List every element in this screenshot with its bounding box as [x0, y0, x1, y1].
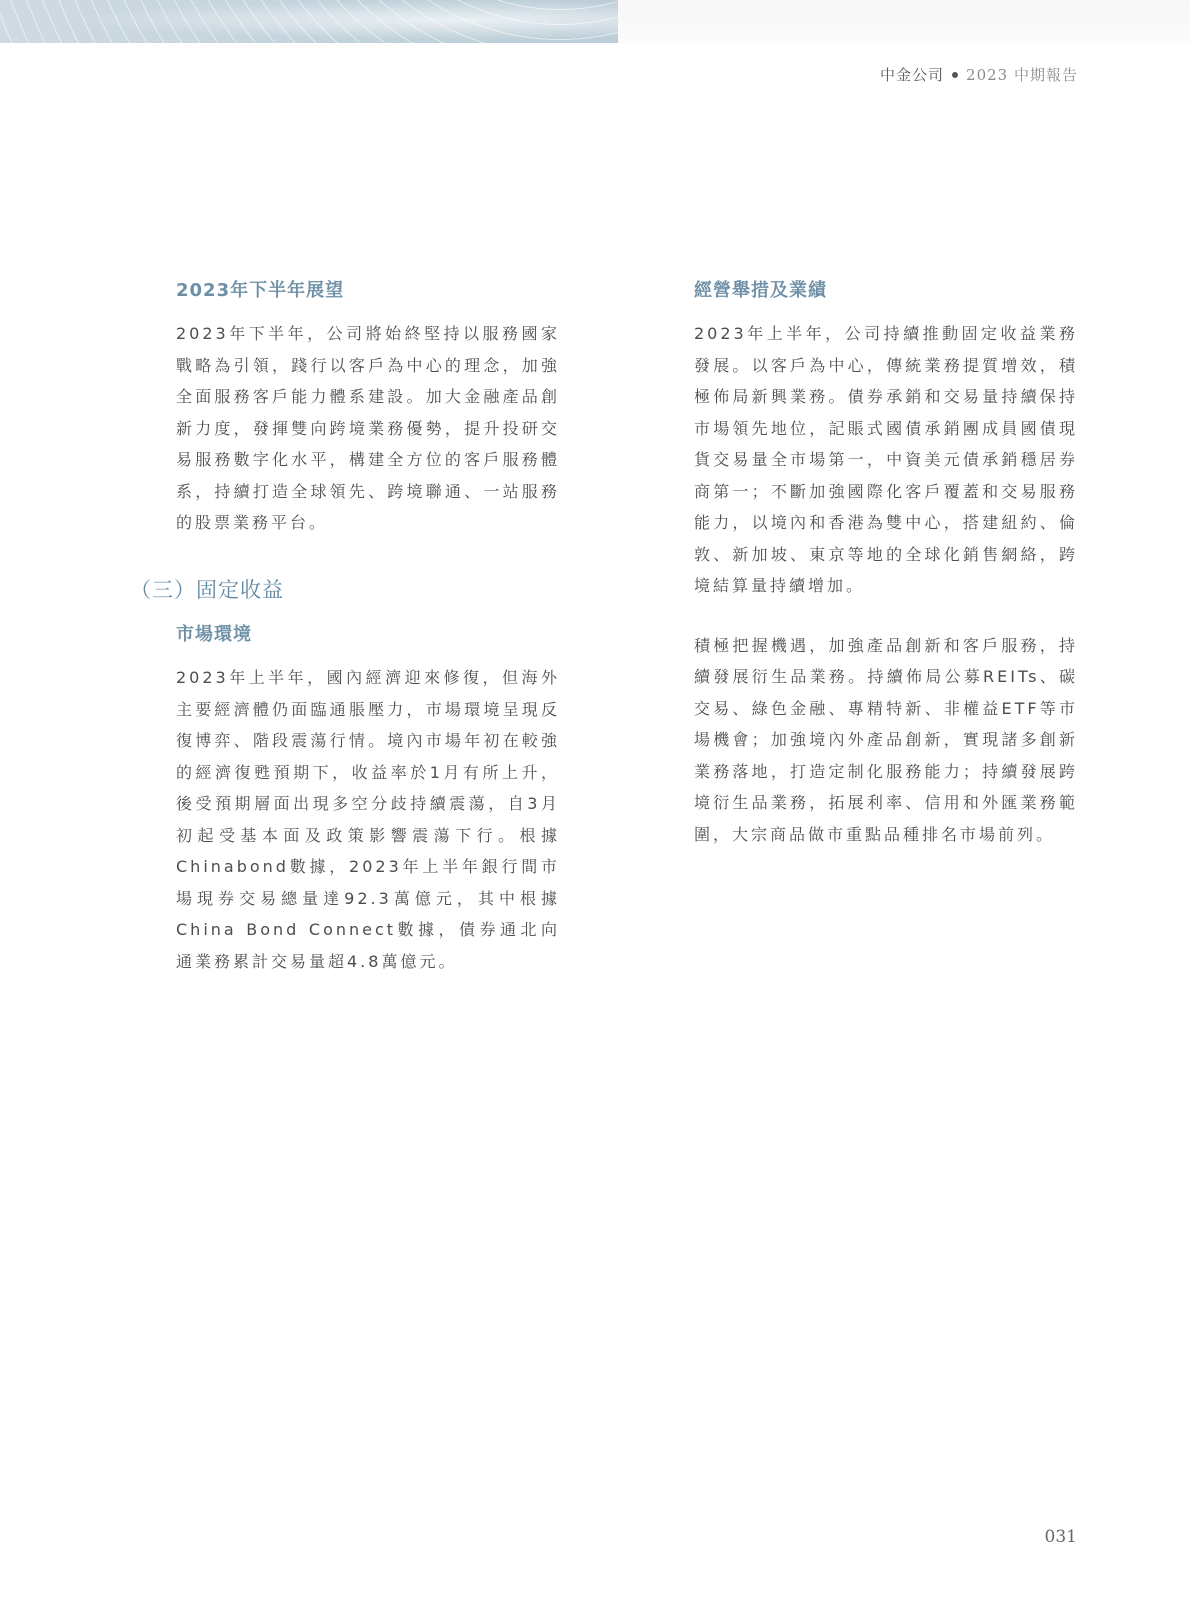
outlook-paragraph: 2023年下半年，公司將始終堅持以服務國家戰略為引領，踐行以客戶為中心的理念，加…	[176, 318, 560, 539]
operations-paragraph-2: 積極把握機遇，加強產品創新和客戶服務，持續發展衍生品業務。持續佈局公募REITs…	[694, 630, 1078, 851]
report-title: 2023 中期報告	[966, 66, 1078, 84]
operations-section: 經營舉措及業績 2023年上半年，公司持續推動固定收益業務發展。以客戶為中心，傳…	[694, 276, 1084, 850]
operations-heading: 經營舉措及業績	[694, 276, 1084, 306]
bullet-separator-icon	[952, 72, 958, 78]
section-title-fixed-income: （三）固定收益	[130, 574, 284, 604]
operations-paragraph-1: 2023年上半年，公司持續推動固定收益業務發展。以客戶為中心，傳統業務提質增效，…	[694, 318, 1078, 602]
page-number: 031	[1045, 1527, 1077, 1547]
outlook-heading: 2023年下半年展望	[176, 276, 566, 306]
outlook-section: 2023年下半年展望 2023年下半年，公司將始終堅持以服務國家戰略為引領，踐行…	[176, 276, 566, 539]
market-environment-section: 市場環境 2023年上半年，國內經濟迎來修復，但海外主要經濟體仍面臨通脹壓力，市…	[176, 620, 566, 977]
company-name: 中金公司	[880, 66, 944, 84]
header-band	[618, 0, 1190, 43]
market-heading: 市場環境	[176, 620, 566, 650]
market-paragraph: 2023年上半年，國內經濟迎來修復，但海外主要經濟體仍面臨通脹壓力，市場環境呈現…	[176, 662, 560, 977]
running-header: 中金公司2023 中期報告	[880, 64, 1078, 85]
header-banner-image	[0, 0, 618, 43]
